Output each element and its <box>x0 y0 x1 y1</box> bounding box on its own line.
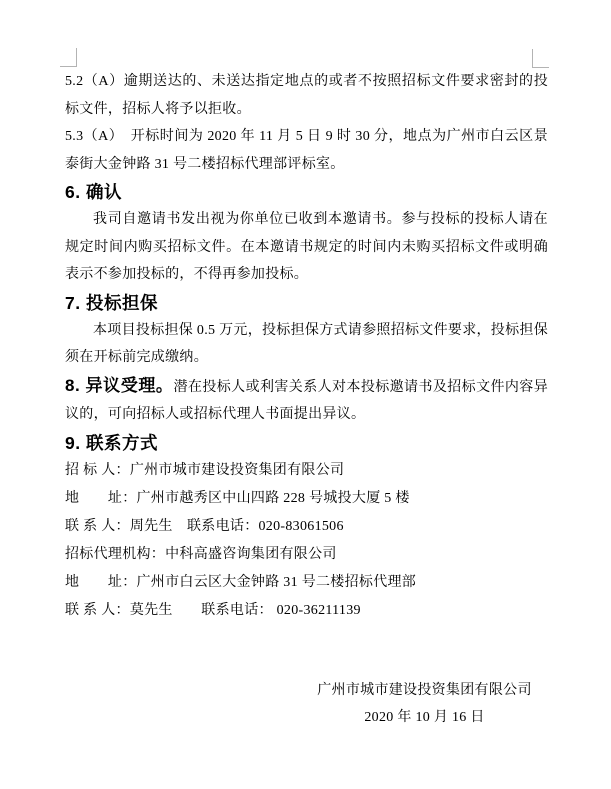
document-body: 5.2（A）逾期送达的、未送达指定地点的或者不按照招标文件要求密封的投标文件，招… <box>65 68 548 731</box>
crop-mark-top-right <box>532 49 533 67</box>
contact-row-tenderer-address: 地 址：广州市越秀区中山四路 228 号城投大厦 5 楼 <box>65 485 548 513</box>
contact-row-agency-address: 地 址：广州市白云区大金钟路 31 号二楼招标代理部 <box>65 569 548 597</box>
contact-label: 联 系 人： <box>65 519 130 534</box>
clause-5-3: 5.3（A） 开标时间为 2020 年 11 月 5 日 9 时 30 分，地点… <box>65 123 548 178</box>
contact-value: 周先生 联系电话：020-83061506 <box>130 519 344 534</box>
contact-value: 广州市越秀区中山四路 228 号城投大厦 5 楼 <box>137 491 410 506</box>
crop-mark-top-left <box>60 66 77 67</box>
contact-value: 中科高盛咨询集团有限公司 <box>165 547 337 562</box>
contact-row-tenderer-person: 联 系 人：周先生 联系电话：020-83061506 <box>65 513 548 541</box>
section-9-heading: 9. 联系方式 <box>65 429 548 457</box>
section-7-heading: 7. 投标担保 <box>65 289 548 317</box>
contact-label: 地 址： <box>65 575 137 590</box>
section-7-body: 本项目投标担保 0.5 万元，投标担保方式请参照招标文件要求，投标担保须在开标前… <box>65 317 548 372</box>
contact-row-agency-person: 联 系 人：莫先生 联系电话： 020-36211139 <box>65 597 548 625</box>
section-8-paragraph: 8. 异议受理。潜在投标人或利害关系人对本投标邀请书及招标文件内容异议的，可向招… <box>65 372 548 429</box>
contact-label: 招标代理机构： <box>65 547 165 562</box>
contact-label: 招 标 人： <box>65 463 130 478</box>
contact-value: 广州市城市建设投资集团有限公司 <box>130 463 345 478</box>
clause-5-2: 5.2（A）逾期送达的、未送达指定地点的或者不按照招标文件要求密封的投标文件，招… <box>65 68 548 123</box>
signature-company: 广州市城市建设投资集团有限公司 <box>301 677 548 704</box>
contact-row-tenderer: 招 标 人：广州市城市建设投资集团有限公司 <box>65 457 548 485</box>
contact-value: 广州市白云区大金钟路 31 号二楼招标代理部 <box>137 575 417 590</box>
signature-block: 广州市城市建设投资集团有限公司 2020 年 10 月 16 日 <box>301 677 548 731</box>
contact-row-agency: 招标代理机构：中科高盛咨询集团有限公司 <box>65 541 548 569</box>
contact-label: 联 系 人： <box>65 603 130 618</box>
section-6-heading: 6. 确认 <box>65 178 548 206</box>
contact-label: 地 址： <box>65 491 137 506</box>
contact-value: 莫先生 联系电话： 020-36211139 <box>130 603 361 618</box>
section-6-body: 我司自邀请书发出视为你单位已收到本邀请书。参与投标的投标人请在规定时间内购买招标… <box>65 206 548 289</box>
contact-list: 招 标 人：广州市城市建设投资集团有限公司 地 址：广州市越秀区中山四路 228… <box>65 457 548 625</box>
crop-mark-top-left <box>76 48 77 66</box>
document-page: 5.2（A）逾期送达的、未送达指定地点的或者不按照招标文件要求密封的投标文件，招… <box>0 0 611 789</box>
signature-date: 2020 年 10 月 16 日 <box>301 704 548 731</box>
section-8-heading: 8. 异议受理。 <box>65 376 174 395</box>
